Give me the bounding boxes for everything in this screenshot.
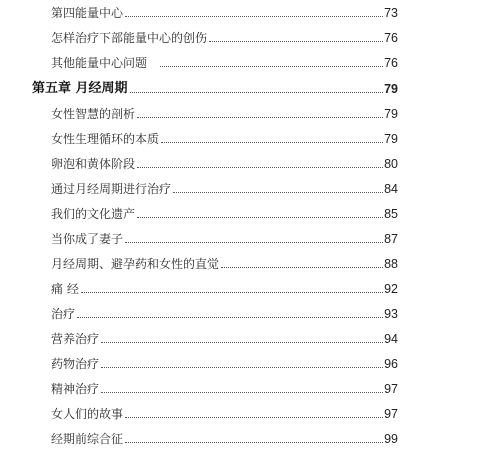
dot-leader — [137, 116, 383, 118]
toc-entry[interactable]: 女性生理循环的本质 79 — [0, 126, 398, 146]
toc-entry-title: 女性生理循环的本质 — [51, 132, 159, 146]
toc-entry-title: 当你成了妻子 — [51, 232, 123, 246]
toc-page-number: 76 — [384, 56, 398, 70]
dot-leader — [125, 15, 383, 17]
toc-page-number: 73 — [384, 6, 398, 20]
dot-leader — [125, 241, 383, 243]
toc-entry[interactable]: 营养治疗 94 — [0, 326, 398, 346]
toc-entry-title: 经期前综合征 — [51, 432, 123, 446]
dot-leader — [81, 291, 383, 293]
toc-entry-title: 精神治疗 — [51, 382, 99, 396]
toc-page-number: 84 — [384, 182, 398, 196]
toc-page-number: 88 — [384, 257, 398, 271]
toc-entry[interactable]: 当你成了妻子 87 — [0, 226, 398, 246]
toc-entry[interactable]: 月经周期、避孕药和女性的直觉 88 — [0, 251, 398, 271]
toc-entry-title: 我们的文化遗产 — [51, 207, 135, 221]
toc-entry[interactable]: 女人们的故事 97 — [0, 401, 398, 421]
toc-entry-title: 卵泡和黄体阶段 — [51, 157, 135, 171]
toc-page-number: 87 — [384, 232, 398, 246]
toc-entry[interactable]: 通过月经周期进行治疗 84 — [0, 176, 398, 196]
dot-leader — [101, 391, 383, 393]
toc-entry-title: 其他能量中心问题 — [51, 56, 158, 70]
dot-leader — [161, 141, 383, 143]
toc-entry[interactable]: 痛 经 92 — [0, 276, 398, 296]
dot-leader — [130, 91, 384, 93]
toc-entry-title: 女性智慧的剖析 — [51, 107, 135, 121]
toc-entry-title: 痛 经 — [51, 282, 79, 296]
toc-entry-title: 女人们的故事 — [51, 407, 123, 421]
toc-page-number: 97 — [384, 407, 398, 421]
toc-chapter[interactable]: 第五章 月经周期 79 — [0, 76, 398, 96]
dot-leader — [221, 266, 383, 268]
toc-entry-title: 药物治疗 — [51, 357, 99, 371]
toc-entry-title: 通过月经周期进行治疗 — [51, 182, 171, 196]
toc-page-number: 79 — [384, 132, 398, 146]
dot-leader — [160, 65, 383, 67]
dot-leader — [125, 441, 383, 443]
dot-leader — [209, 40, 383, 42]
dot-leader — [173, 191, 383, 193]
toc-entry[interactable]: 精神治疗 97 — [0, 376, 398, 396]
toc-page-number: 85 — [384, 207, 398, 221]
toc-entry-title: 怎样治疗下部能量中心的创伤 — [51, 31, 207, 45]
toc-entry[interactable]: 经期前综合征 99 — [0, 426, 398, 446]
toc-entry[interactable]: 卵泡和黄体阶段 80 — [0, 151, 398, 171]
toc-page-number: 92 — [384, 282, 398, 296]
toc-entry-title: 第四能量中心 — [51, 6, 123, 20]
toc-page-number: 93 — [384, 307, 398, 321]
dot-leader — [137, 166, 383, 168]
toc-entry-title: 营养治疗 — [51, 332, 99, 346]
toc-entry-title: 治疗 — [51, 307, 75, 321]
dot-leader — [77, 316, 383, 318]
dot-leader — [101, 341, 383, 343]
toc-entry[interactable]: 怎样治疗下部能量中心的创伤 76 — [0, 25, 398, 45]
toc-page-number: 96 — [384, 357, 398, 371]
toc-page-number: 79 — [384, 107, 398, 121]
toc-page-number: 80 — [384, 157, 398, 171]
toc-entry[interactable]: 女性智慧的剖析 79 — [0, 101, 398, 121]
dot-leader — [137, 216, 383, 218]
toc-page-number: 79 — [384, 82, 398, 96]
toc-entry-title: 月经周期、避孕药和女性的直觉 — [51, 257, 219, 271]
toc-page-number: 99 — [384, 432, 398, 446]
toc-page-number: 97 — [384, 382, 398, 396]
toc-page-number: 76 — [384, 31, 398, 45]
toc-entry[interactable]: 其他能量中心问题 76 — [0, 50, 398, 70]
toc-chapter-title: 第五章 月经周期 — [32, 82, 128, 96]
toc-entry[interactable]: 药物治疗 96 — [0, 351, 398, 371]
toc-entry[interactable]: 我们的文化遗产 85 — [0, 201, 398, 221]
toc-page-number: 94 — [384, 332, 398, 346]
dot-leader — [101, 366, 383, 368]
toc-entry[interactable]: 第四能量中心 73 — [0, 0, 398, 20]
dot-leader — [125, 416, 383, 418]
toc-entry[interactable]: 治疗 93 — [0, 301, 398, 321]
